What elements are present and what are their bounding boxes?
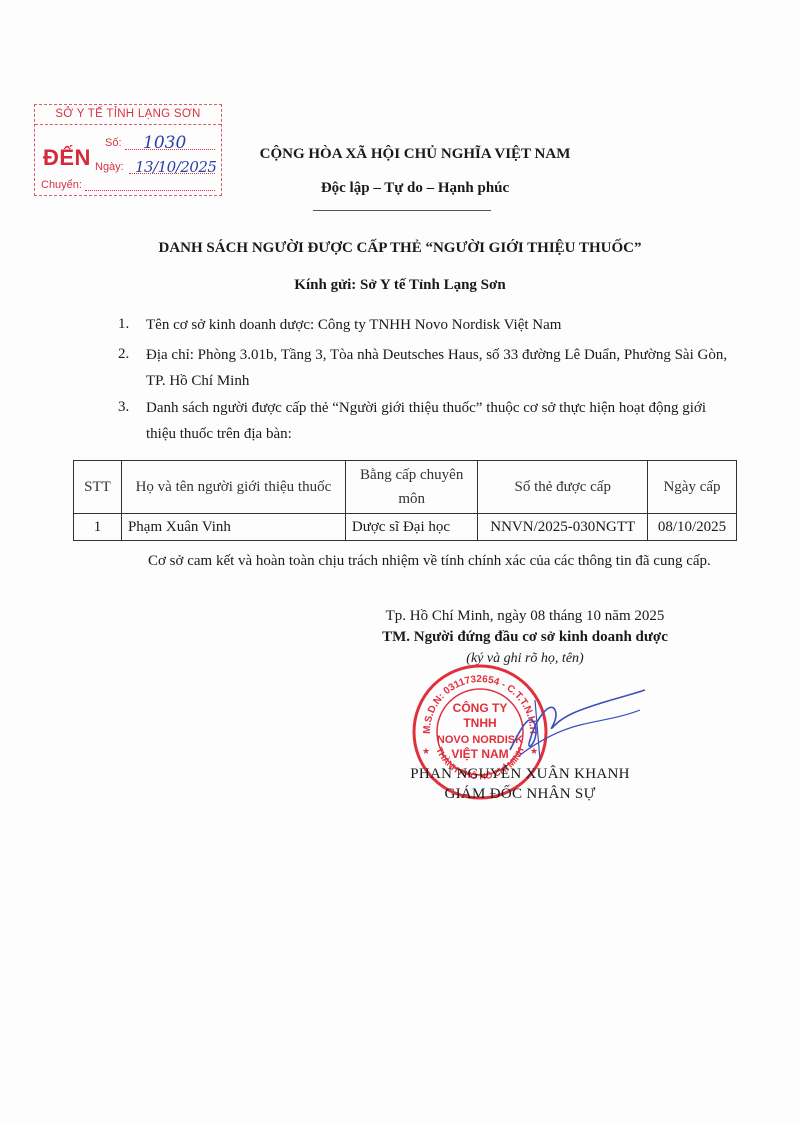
recipient-line: Kính gửi: Sở Y tế Tỉnh Lạng Sơn	[0, 277, 800, 294]
seal-line-2: TNHH	[463, 716, 496, 730]
header-card-number: Số thẻ được cấp	[478, 461, 648, 514]
cell-card-number: NNVN/2025-030NGTT	[478, 514, 648, 541]
stamp-number-label: Số:	[105, 137, 122, 149]
stamp-organization: SỞ Y TẾ TỈNH LẠNG SƠN	[35, 108, 221, 125]
list-item-number: 1.	[118, 316, 129, 333]
list-item-number: 3.	[118, 399, 129, 416]
cell-name: Phạm Xuân Vinh	[121, 514, 345, 541]
handwritten-signature-icon	[500, 680, 650, 770]
stamp-mark: ĐẾN	[43, 145, 91, 171]
signer-title: GIÁM ĐỐC NHÂN SỰ	[390, 786, 650, 803]
motto-underline	[313, 210, 491, 211]
cell-stt: 1	[74, 514, 122, 541]
list-item-text: Địa chỉ: Phòng 3.01b, Tầng 3, Tòa nhà De…	[146, 342, 736, 394]
stamp-number-value: 1030	[143, 133, 186, 153]
list-item-text: Tên cơ sở kinh doanh dược: Công ty TNHH …	[146, 312, 736, 338]
incoming-document-stamp: SỞ Y TẾ TỈNH LẠNG SƠN ĐẾN Số: 1030 Ngày:…	[34, 104, 222, 196]
cell-issue-date: 08/10/2025	[648, 514, 737, 541]
table-row: 1 Phạm Xuân Vinh Dược sĩ Đại học NNVN/20…	[74, 514, 737, 541]
commitment-statement: Cơ sở cam kết và hoàn toàn chịu trách nh…	[78, 546, 718, 576]
list-item-text: Danh sách người được cấp thẻ “Người giới…	[146, 395, 736, 447]
header-stt: STT	[74, 461, 122, 514]
cell-qualification: Dược sĩ Đại học	[345, 514, 478, 541]
stamp-transfer-label: Chuyển:	[41, 179, 82, 191]
stamp-transfer-line	[85, 190, 215, 191]
header-issue-date: Ngày cấp	[648, 461, 737, 514]
table-header-row: STT Họ và tên người giới thiệu thuốc Bằn…	[74, 461, 737, 514]
representative-table: STT Họ và tên người giới thiệu thuốc Bằn…	[73, 460, 737, 541]
header-name: Họ và tên người giới thiệu thuốc	[121, 461, 345, 514]
signer-name: PHAN NGUYỄN XUÂN KHANH	[390, 766, 650, 783]
signature-place-date: Tp. Hồ Chí Minh, ngày 08 tháng 10 năm 20…	[360, 608, 690, 625]
stamp-date-value: 13/10/2025	[135, 158, 216, 176]
signature-role: TM. Người đứng đầu cơ sở kinh doanh dược	[360, 629, 690, 646]
list-item-number: 2.	[118, 346, 129, 363]
seal-star-left-icon: ★	[422, 746, 430, 756]
national-motto: Độc lập – Tự do – Hạnh phúc	[250, 180, 580, 197]
document-title: DANH SÁCH NGƯỜI ĐƯỢC CẤP THẺ “NGƯỜI GIỚI…	[0, 240, 800, 257]
stamp-date-label: Ngày:	[95, 161, 124, 173]
header-qualification: Bằng cấp chuyên môn	[345, 461, 478, 514]
national-title: CỘNG HÒA XÃ HỘI CHỦ NGHĨA VIỆT NAM	[250, 146, 580, 163]
